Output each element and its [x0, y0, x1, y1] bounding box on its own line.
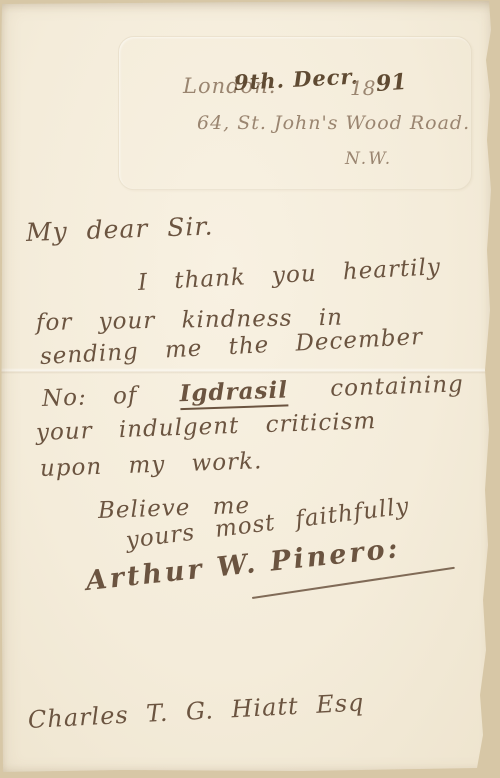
letter-paper: London. 9th. Decr. 18 91 64, St. John's … — [0, 0, 500, 778]
body-line-1: I thank you heartily — [137, 254, 441, 296]
letterhead-date-century: 18 — [350, 76, 375, 100]
body-line-5: your indulgent criticism — [36, 408, 377, 446]
recipient-line: Charles T. G. Hiatt Esq — [27, 688, 365, 734]
body-line-4-suffix: containing — [330, 371, 464, 402]
letterhead-address: 64, St. John's Wood Road. — [197, 112, 470, 134]
letter-scan: London. 9th. Decr. 18 91 64, St. John's … — [0, 0, 500, 778]
letterhead-district: N.W. — [345, 149, 392, 169]
letterhead-date-year: 91 — [375, 69, 407, 97]
body-line-6: upon my work. — [40, 448, 263, 482]
fold-crease — [0, 368, 500, 374]
magazine-title-underlined: Igdrasil — [179, 376, 288, 410]
body-line-4: No: of Igdrasil containing — [42, 370, 465, 412]
body-line-4-prefix: No: of — [42, 383, 138, 412]
salutation: My dear Sir. — [25, 211, 213, 247]
